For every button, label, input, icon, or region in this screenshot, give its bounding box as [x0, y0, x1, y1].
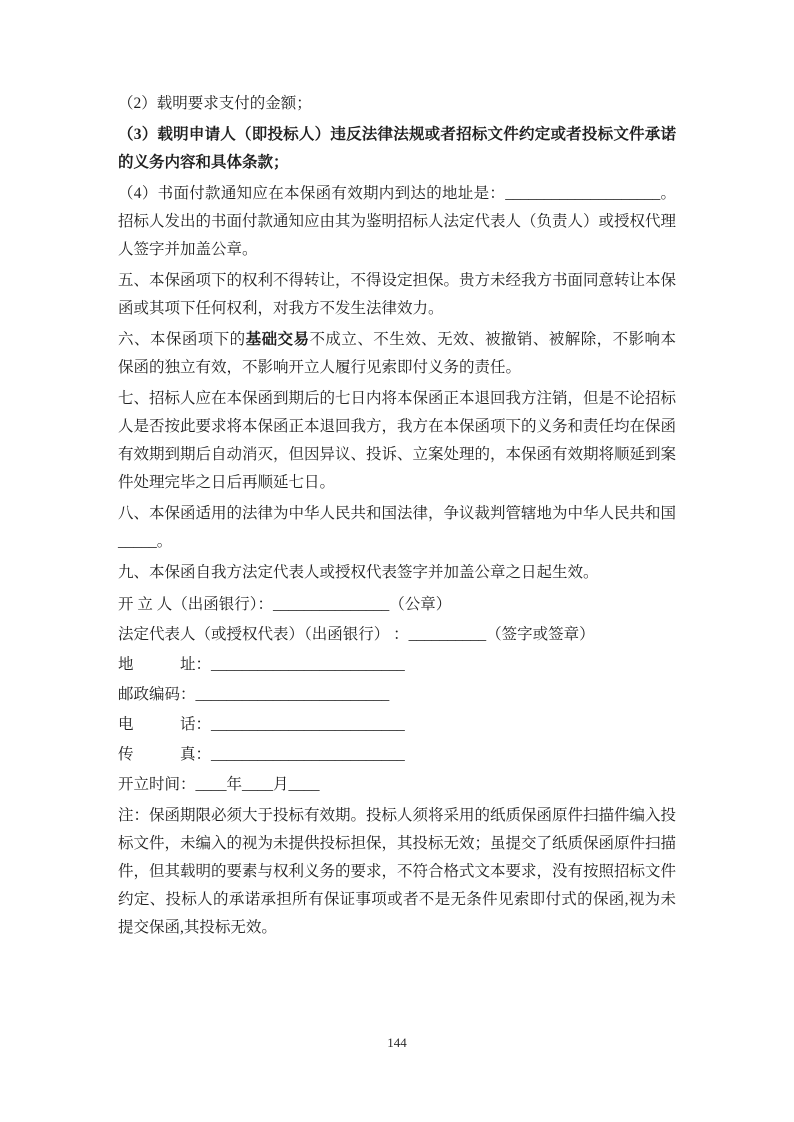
legal-representative-line: 法定代表人（或授权代表）（出函银行） ：__________（签字或签章）: [118, 620, 676, 650]
clause-item-4: （4）书面付款通知应在本保函有效期内到达的地址是：_______________…: [118, 180, 676, 264]
clause-item-3: （3）载明申请人（即投标人）违反法律法规或者招标文件约定或者投标文件承诺的义务内…: [118, 121, 676, 177]
clause-item-2: （2）载明要求支付的金额；: [118, 90, 676, 118]
clause-9: 九、本保函自我方法定代表人或授权代表签字并加盖公章之日起生效。: [118, 559, 676, 587]
address-line: 地 址：_________________________: [118, 650, 676, 680]
document-page: （2）载明要求支付的金额； （3）载明申请人（即投标人）违反法律法规或者招标文件…: [0, 0, 794, 1122]
phone-line: 电 话：_________________________: [118, 710, 676, 740]
clause-6-prefix: 六、本保函项下的: [118, 331, 246, 348]
issuer-line: 开 立 人（出函银行）：_______________（公章）: [118, 590, 676, 620]
clause-5: 五、本保函项下的权利不得转让，不得设定担保。贵方未经我方书面同意转让本保函或其项…: [118, 267, 676, 323]
clause-6: 六、本保函项下的基础交易不成立、不生效、无效、被撤销、被解除，不影响本保函的独立…: [118, 326, 676, 382]
note-paragraph: 注：保函期限必须大于投标有效期。投标人须将采用的纸质保函原件扫描件编入投标文件，…: [118, 802, 676, 942]
postcode-line: 邮政编码：_________________________: [118, 680, 676, 710]
page-number: 144: [0, 1035, 794, 1051]
document-body: （2）载明要求支付的金额； （3）载明申请人（即投标人）违反法律法规或者招标文件…: [118, 90, 676, 945]
clause-8: 八、本保函适用的法律为中华人民共和国法律，争议裁判管辖地为中华人民共和国____…: [118, 500, 676, 556]
clause-6-bold-term: 基础交易: [246, 331, 310, 348]
issue-date-line: 开立时间：____年____月____: [118, 770, 676, 800]
fax-line: 传 真：_________________________: [118, 740, 676, 770]
clause-7: 七、招标人应在本保函到期后的七日内将本保函正本退回我方注销，但是不论招标人是否按…: [118, 385, 676, 497]
